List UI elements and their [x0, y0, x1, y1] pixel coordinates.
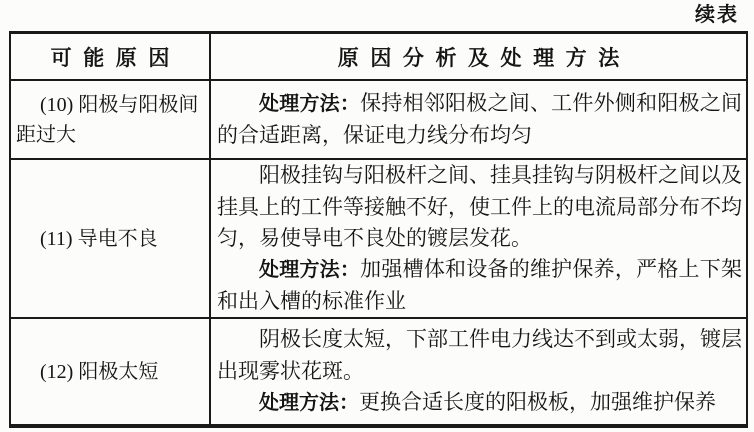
treatment-text: 更换合适长度的阳极板，加强维护保养	[359, 390, 716, 414]
cause-cell: (11) 导电不良	[10, 159, 210, 318]
analysis-text: 阳极挂钩与阳极杆之间、挂具挂钩与阴极杆之间以及挂具上的工件等接触不好，使工件上的…	[217, 163, 742, 250]
table-row-cause-12: (12) 阳极太短 阴极长度太短，下部工件电力线达不到或太弱，镀层出现雾状花斑。…	[10, 318, 747, 426]
cause-text: (12) 阳极太短	[16, 357, 207, 387]
header-analysis-treatment: 原因分析及处理方法	[210, 33, 747, 81]
analysis-paragraph: 阴极长度太短，下部工件电力线达不到或太弱，镀层出现雾状花斑。	[217, 324, 742, 387]
cause-text: (10) 阳极与阳极间距过大	[16, 90, 207, 150]
analysis-cell: 阴极长度太短，下部工件电力线达不到或太弱，镀层出现雾状花斑。 处理方法：更换合适…	[210, 318, 747, 426]
troubleshooting-table: 可能原因 原因分析及处理方法 (10) 阳极与阳极间距过大 处理方法：保持相邻阳…	[9, 31, 748, 428]
cause-cell: (10) 阳极与阳极间距过大	[10, 80, 210, 159]
analysis-cell: 阳极挂钩与阳极杆之间、挂具挂钩与阴极杆之间以及挂具上的工件等接触不好，使工件上的…	[210, 159, 747, 318]
treatment-label: 处理方法：	[259, 392, 359, 414]
analysis-paragraph: 阳极挂钩与阳极杆之间、挂具挂钩与阴极杆之间以及挂具上的工件等接触不好，使工件上的…	[217, 160, 742, 254]
treatment-paragraph: 处理方法：加强槽体和设备的维护保养，严格上下架和出入槽的标准作业	[217, 254, 742, 317]
header-possible-cause: 可能原因	[10, 33, 210, 81]
cause-text: (11) 导电不良	[16, 224, 207, 254]
treatment-paragraph: 处理方法：更换合适长度的阳极板，加强维护保养	[217, 387, 742, 419]
continued-table-label: 续表	[695, 3, 739, 27]
table-row-cause-11: (11) 导电不良 阳极挂钩与阳极杆之间、挂具挂钩与阴极杆之间以及挂具上的工件等…	[10, 159, 747, 318]
treatment-paragraph: 处理方法：保持相邻阳极之间、工件外侧和阳极之间的合适距离，保证电力线分布均匀	[217, 88, 742, 151]
analysis-text: 阴极长度太短，下部工件电力线达不到或太弱，镀层出现雾状花斑。	[217, 327, 742, 383]
document-page: 续表 可能原因 原因分析及处理方法 (10) 阳极与阳极间距过大 处理方法：保持…	[0, 0, 754, 432]
table-row-cause-10: (10) 阳极与阳极间距过大 处理方法：保持相邻阳极之间、工件外侧和阳极之间的合…	[10, 80, 747, 159]
analysis-cell: 处理方法：保持相邻阳极之间、工件外侧和阳极之间的合适距离，保证电力线分布均匀	[210, 80, 747, 159]
table-header-row: 可能原因 原因分析及处理方法	[10, 33, 747, 81]
treatment-label: 处理方法：	[259, 259, 360, 281]
treatment-label: 处理方法：	[259, 93, 360, 115]
cause-cell: (12) 阳极太短	[10, 318, 210, 426]
